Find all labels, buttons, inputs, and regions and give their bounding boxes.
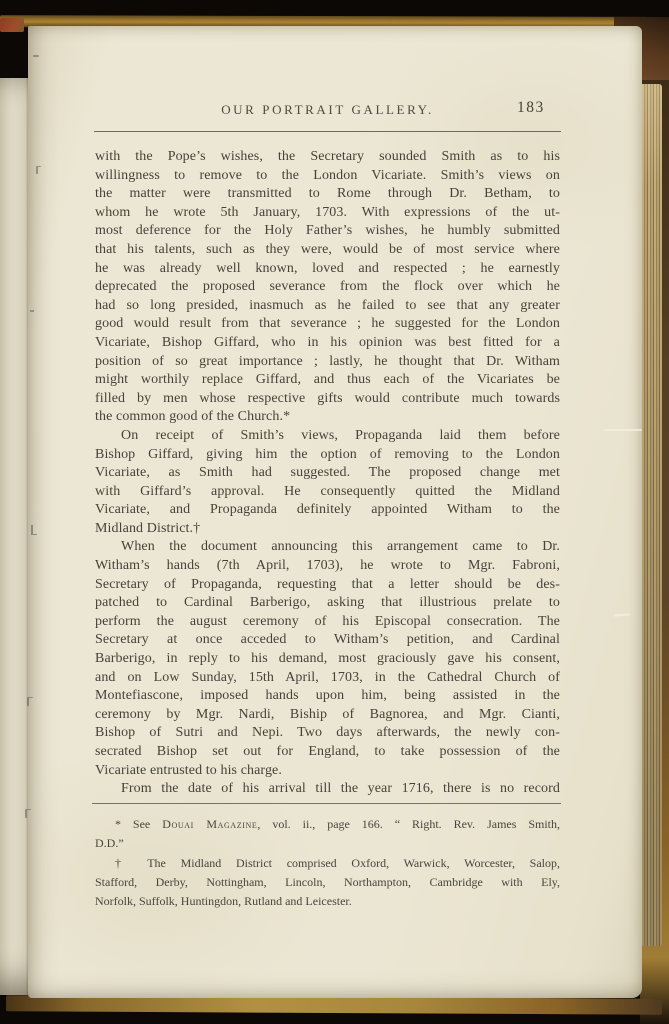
text-line: On receipt of Smith’s views, Propaganda … <box>95 427 560 446</box>
body-text: with the Pope’s wishes, the Secretary so… <box>95 148 560 799</box>
text-line: the matter were transmitted to Rome thro… <box>95 185 560 204</box>
text-line: with the Pope’s wishes, the Secretary so… <box>95 148 560 167</box>
text-line: deprecated the proposed severance from t… <box>95 278 560 297</box>
text-line: Montefiascone, imposed hands upon him, b… <box>95 687 560 706</box>
text-line: Vicariate, Bishop Giffard, who in his op… <box>95 334 560 353</box>
text-line: Barberigo, in reply to his demand, most … <box>95 650 560 669</box>
text-line: might worthily replace Giffard, and thus… <box>95 371 560 390</box>
text-line: † The Midland District comprised Oxford,… <box>95 854 560 873</box>
photo-background: OUR PORTRAIT GALLERY. 183 with the Pope’… <box>0 0 669 1024</box>
text-line: perform the august ceremony of his Episc… <box>95 613 560 632</box>
text-line: and on Low Sunday, 15th April, 1703, in … <box>95 669 560 688</box>
footnote-rule <box>92 803 561 804</box>
text-line: had so long presided, inasmuch as he fai… <box>95 297 560 316</box>
text-segment: * See <box>115 817 162 831</box>
underlying-page-edges <box>0 78 28 995</box>
running-header: OUR PORTRAIT GALLERY. <box>95 102 560 118</box>
margin-mark <box>25 809 31 818</box>
text-line: From the date of his arrival till the ye… <box>95 780 560 799</box>
text-line: Stafford, Derby, Nottingham, Lincoln, No… <box>95 873 560 892</box>
cover-red-fleck <box>0 18 24 32</box>
margin-mark <box>36 166 41 174</box>
text-line: Vicariate, as Smith had suggested. The p… <box>95 464 560 483</box>
text-line: that his talents, such as they were, wou… <box>95 241 560 260</box>
margin-mark <box>27 697 33 706</box>
gilded-page-edges <box>641 84 662 946</box>
text-line: patched to Cardinal Barberigo, asking th… <box>95 594 560 613</box>
scan-scratch <box>614 613 630 616</box>
header-rule <box>94 131 561 132</box>
text-line: Vicariate, and Propaganda definitely app… <box>95 501 560 520</box>
text-line: willingness to remove to the London Vica… <box>95 167 560 186</box>
text-line: Bishop Giffard, giving him the option of… <box>95 446 560 465</box>
text-line: Bishop of Sutri and Nepi. Two days after… <box>95 724 560 743</box>
text-line: * See Douai Magazine, vol. ii., page 166… <box>95 815 560 834</box>
text-line: good would result from that severance ; … <box>95 315 560 334</box>
page-number: 183 <box>517 99 577 117</box>
text-line: Vicariate entrusted to his charge. <box>95 762 560 781</box>
text-line: position of so great importance ; lastly… <box>95 353 560 372</box>
margin-mark <box>31 525 37 535</box>
text-line: ceremony by Mgr. Nardi, Biship of Bagnor… <box>95 706 560 725</box>
small-caps-text: Douai Magazine <box>162 817 257 831</box>
text-line: he was already well known, loved and res… <box>95 260 560 279</box>
book-page: OUR PORTRAIT GALLERY. 183 with the Pope’… <box>28 26 642 998</box>
text-line: whom he wrote 5th January, 1703. With ex… <box>95 204 560 223</box>
margin-mark <box>33 55 39 57</box>
scan-scratch <box>604 429 642 431</box>
margin-mark <box>30 310 34 312</box>
text-line: Midland District.† <box>95 520 560 539</box>
text-line: with Giffard’s approval. He consequently… <box>95 483 560 502</box>
text-line: When the document announcing this arrang… <box>95 538 560 557</box>
text-line: Norfolk, Suffolk, Huntingdon, Rutland an… <box>95 892 560 911</box>
book-cover-bottom-edge <box>6 995 662 1014</box>
text-line: the common good of the Church.* <box>95 408 560 427</box>
text-line: filled by men whose respective gifts wou… <box>95 390 560 409</box>
text-line: D.D.” <box>95 834 560 853</box>
text-line: Secretary of Propaganda, requesting that… <box>95 576 560 595</box>
footnotes: * See Douai Magazine, vol. ii., page 166… <box>95 815 560 911</box>
text-line: Secretary at once acceded to Witham’s pe… <box>95 631 560 650</box>
text-segment: , vol. ii., page 166. “ Right. Rev. Jame… <box>257 817 560 831</box>
text-line: secrated Bishop set out for England, to … <box>95 743 560 762</box>
text-line: Witham’s hands (7th April, 1703), he wro… <box>95 557 560 576</box>
text-line: most deference for the Holy Father’s wis… <box>95 222 560 241</box>
